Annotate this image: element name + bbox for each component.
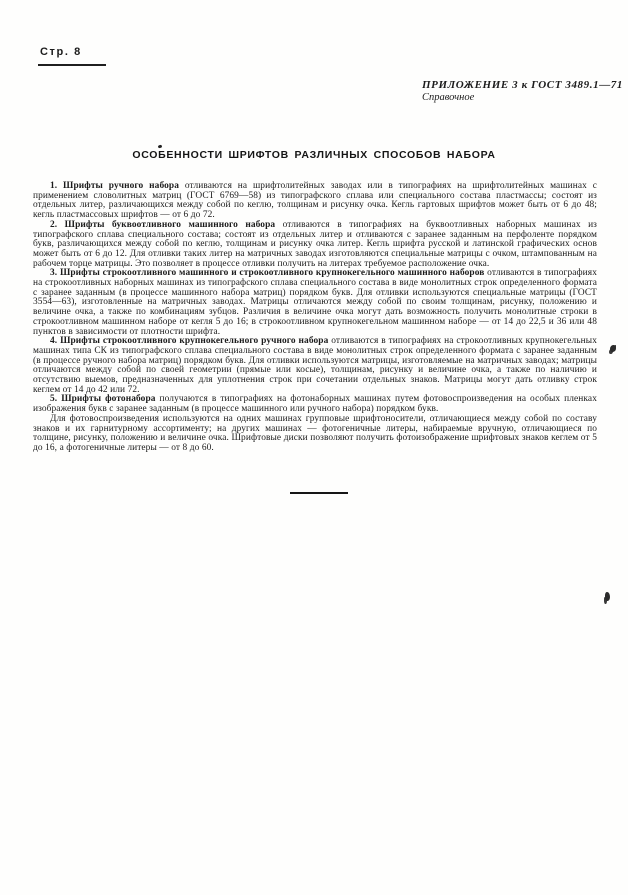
section-end-rule <box>290 492 348 494</box>
paragraph-5-lead: 5. Шрифты фотонабора <box>50 394 156 404</box>
appendix-title: ПРИЛОЖЕНИЕ 3 к ГОСТ 3489.1—71 <box>422 79 623 91</box>
paragraph-4: 4. Шрифты строкоотливного крупнокегельно… <box>33 337 597 395</box>
appendix-note: Справочное <box>422 92 623 103</box>
paragraph-1: 1. Шрифты ручного набора отливаются на ш… <box>33 182 597 221</box>
paragraph-4-text: отливаются в типографиях на строкоотливн… <box>33 336 597 395</box>
paragraph-2-lead: 2. Шрифты буквоотливного машинного набор… <box>50 220 275 230</box>
document-body: 1. Шрифты ручного набора отливаются на ш… <box>33 182 597 454</box>
paragraph-2: 2. Шрифты буквоотливного машинного набор… <box>33 221 597 270</box>
paragraph-6-text: Для фотовоспроизведения используются на … <box>33 414 597 453</box>
appendix-block: ПРИЛОЖЕНИЕ 3 к ГОСТ 3489.1—71 Справочное <box>422 79 623 103</box>
ink-speck <box>610 345 616 352</box>
scanned-document-page: Стр. 8 ПРИЛОЖЕНИЕ 3 к ГОСТ 3489.1—71 Спр… <box>0 0 628 895</box>
ink-speck-title <box>158 144 163 148</box>
paragraph-4-lead: 4. Шрифты строкоотливного крупнокегельно… <box>50 336 328 346</box>
page-number: Стр. 8 <box>40 46 82 58</box>
page-number-underline <box>38 64 106 66</box>
paragraph-3-lead: 3. Шрифты строкоотливного машинного и ст… <box>50 268 484 278</box>
document-title: ОСОБЕННОСТИ ШРИФТОВ РАЗЛИЧНЫХ СПОСОБОВ Н… <box>0 149 628 161</box>
paragraph-3: 3. Шрифты строкоотливного машинного и ст… <box>33 269 597 337</box>
paragraph-6: Для фотовоспроизведения используются на … <box>33 415 597 454</box>
paragraph-1-lead: 1. Шрифты ручного набора <box>50 181 179 191</box>
ink-speck <box>605 592 610 601</box>
paragraph-5: 5. Шрифты фотонабора получаются в типогр… <box>33 395 597 414</box>
paragraph-3-text: отливаются в типографиях на строкоотливн… <box>33 268 597 336</box>
